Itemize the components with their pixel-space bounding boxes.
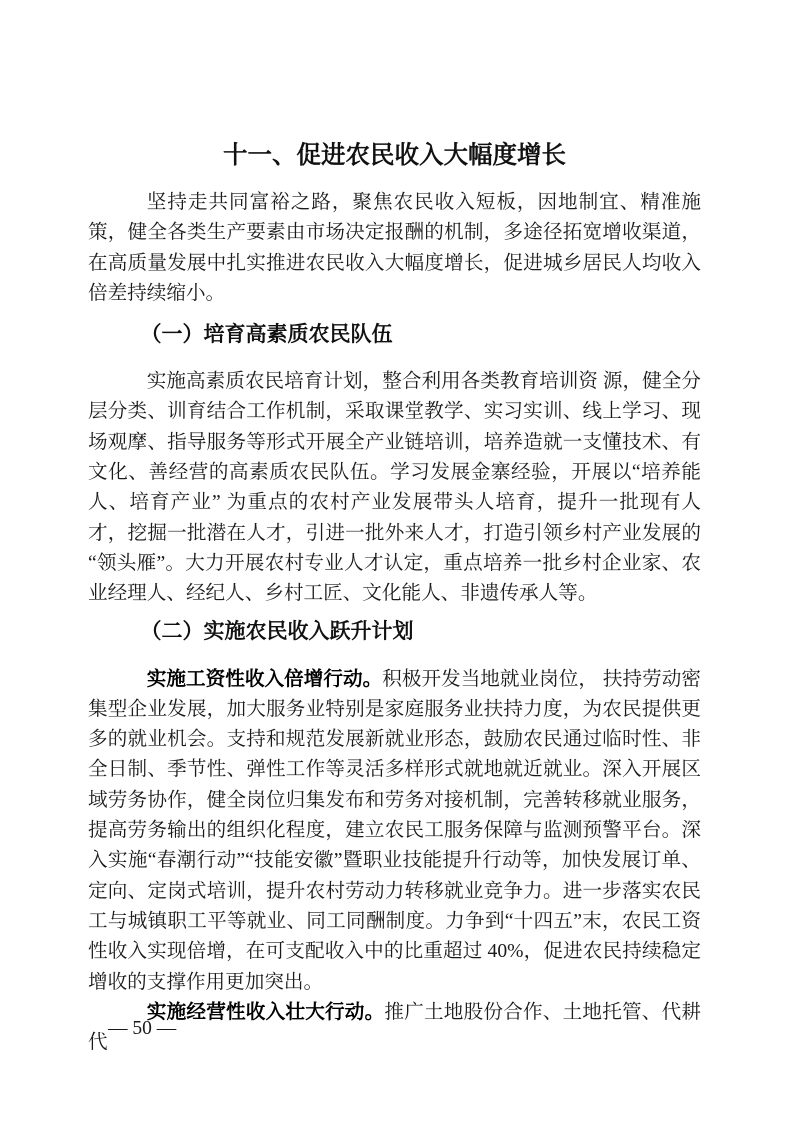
intro-paragraph: 坚持走共同富裕之路，聚焦农民收入短板，因地制宜、精准施策，健全各类生产要素由市场… xyxy=(88,188,701,309)
page-title: 十一、促进农民收入大幅度增长 xyxy=(88,138,701,174)
paragraph-bold-lead: 实施工资性收入倍增行动。 xyxy=(147,669,382,690)
document-content: 十一、促进农民收入大幅度增长 坚持走共同富裕之路，聚焦农民收入短板，因地制宜、精… xyxy=(88,138,701,1058)
page-number: — 50 — xyxy=(108,1016,176,1042)
paragraph-text: 积极开发当地就业岗位， 扶持劳动密集型企业发展，加大服务业特别是家庭服务业扶持力… xyxy=(88,669,701,993)
body-paragraph: 实施工资性收入倍增行动。积极开发当地就业岗位， 扶持劳动密集型企业发展，加大服务… xyxy=(88,665,701,998)
section-heading-1: （一）培育高素质农民队伍 xyxy=(88,319,701,351)
section-heading-2: （二）实施农民收入跃升计划 xyxy=(88,616,701,648)
body-paragraph: 实施经营性收入壮大行动。推广土地股份合作、土地托管、代耕代 xyxy=(88,998,701,1059)
document-page: 十一、促进农民收入大幅度增长 坚持走共同富裕之路，聚焦农民收入短板，因地制宜、精… xyxy=(0,0,793,1122)
body-paragraph: 实施高素质农民培育计划，整合利用各类教育培训资 源，健全分层分类、训育结合工作机… xyxy=(88,367,701,609)
paragraph-bold-lead: 实施经营性收入壮大行动。 xyxy=(147,1002,385,1023)
